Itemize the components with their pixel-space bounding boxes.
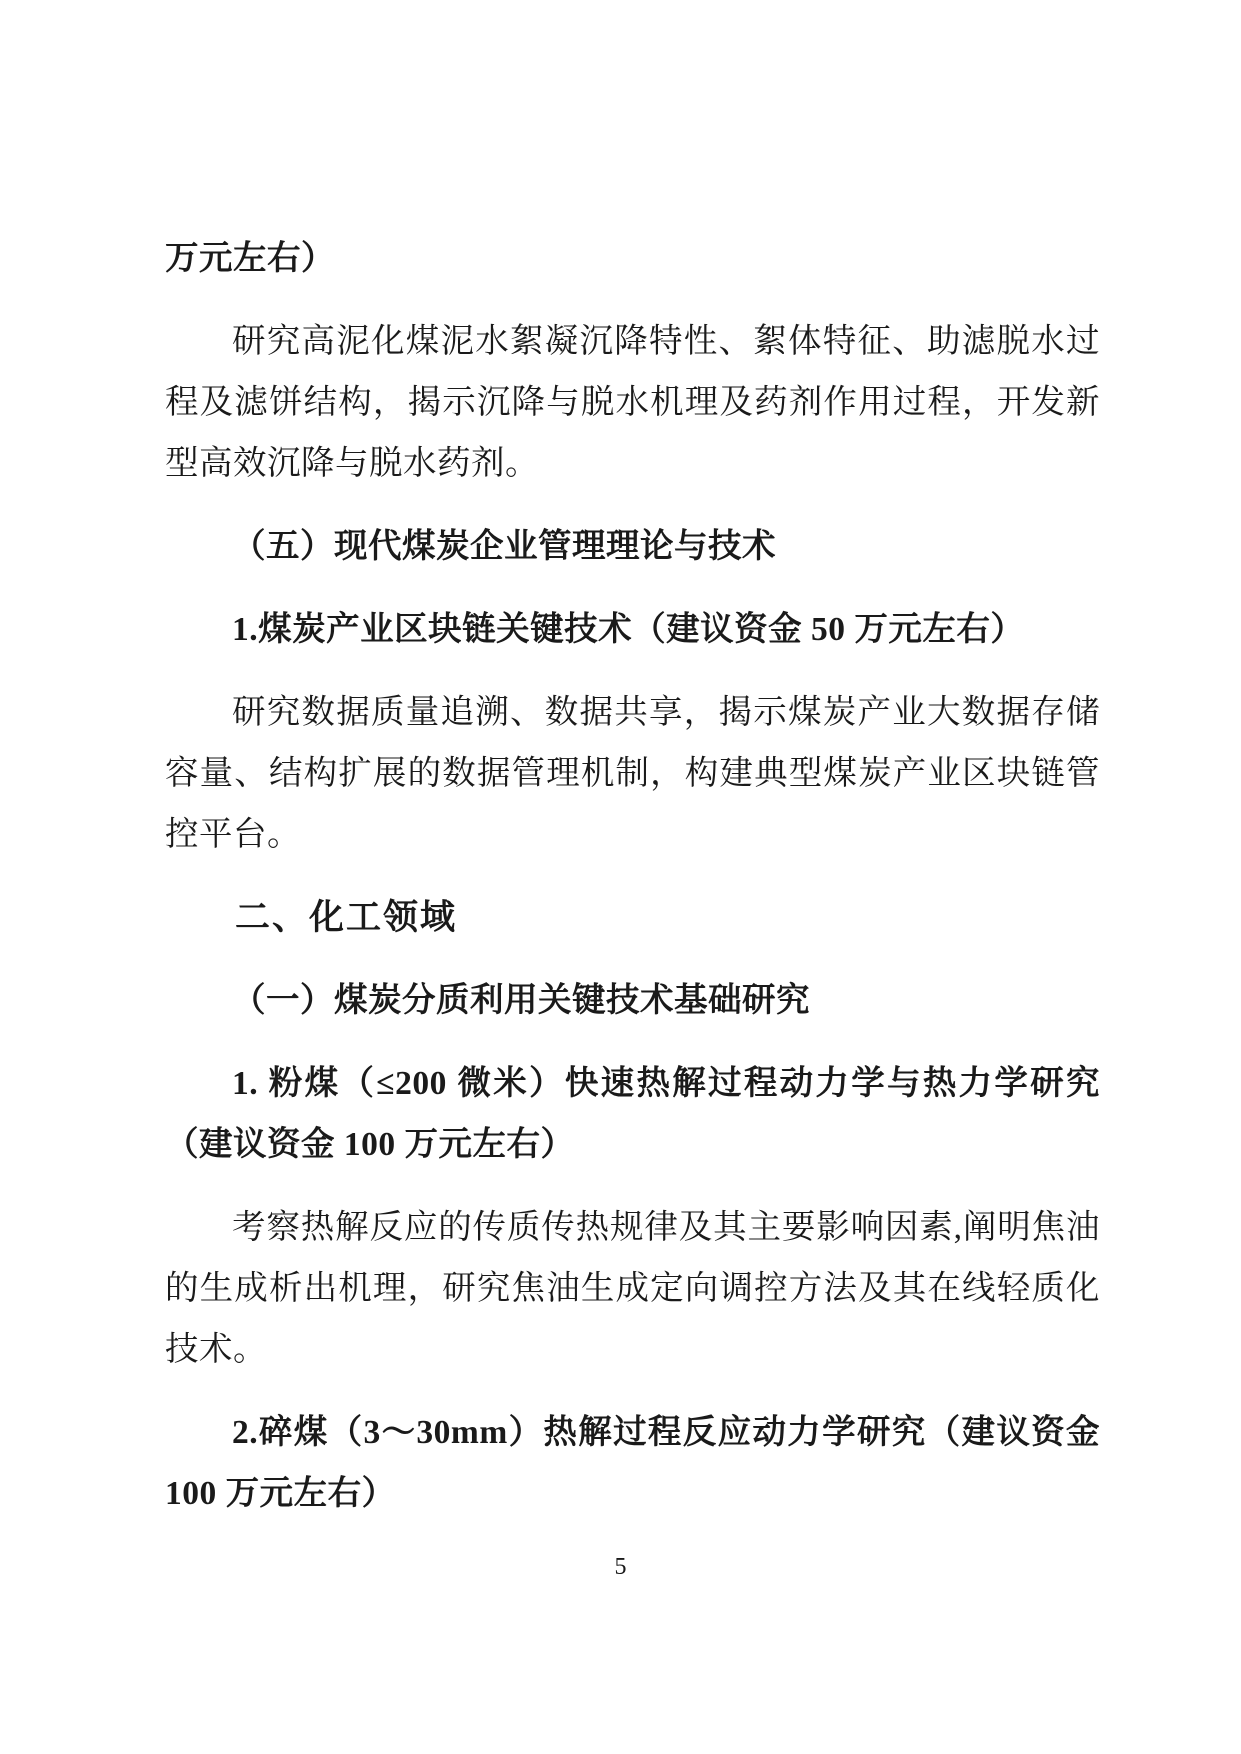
document-body: 万元左右） 研究高泥化煤泥水絮凝沉降特性、絮体特征、助滤脱水过程及滤饼结构，揭示… — [165, 228, 1100, 1524]
heading-topic-pulverized-coal: 1. 粉煤（≤200 微米）快速热解过程动力学与热力学研究（建议资金 100 万… — [165, 1053, 1100, 1175]
page-number: 5 — [0, 1552, 1241, 1582]
paragraph-blockchain-platform: 研究数据质量追溯、数据共享，揭示煤炭产业大数据存储容量、结构扩展的数据管理机制，… — [165, 682, 1100, 865]
document-page: 万元左右） 研究高泥化煤泥水絮凝沉降特性、絮体特征、助滤脱水过程及滤饼结构，揭示… — [0, 0, 1241, 1754]
heading-section-1-coal-utilization: （一）煤炭分质利用关键技术基础研究 — [165, 970, 1100, 1031]
heading-chapter-2-chemical: 二、化工领域 — [165, 887, 1100, 948]
heading-section-5-management: （五）现代煤炭企业管理理论与技术 — [165, 516, 1100, 577]
paragraph-pyrolysis-tar: 考察热解反应的传质传热规律及其主要影响因素,阐明焦油的生成析出机理，研究焦油生成… — [165, 1197, 1100, 1380]
heading-topic-blockchain: 1.煤炭产业区块链关键技术（建议资金 50 万元左右） — [165, 599, 1100, 660]
heading-topic-crushed-coal: 2.碎煤（3～30mm）热解过程反应动力学研究（建议资金 100 万元左右） — [165, 1402, 1100, 1524]
paragraph-flocculation-dewatering: 研究高泥化煤泥水絮凝沉降特性、絮体特征、助滤脱水过程及滤饼结构，揭示沉降与脱水机… — [165, 311, 1100, 494]
heading-continuation: 万元左右） — [165, 228, 1100, 289]
